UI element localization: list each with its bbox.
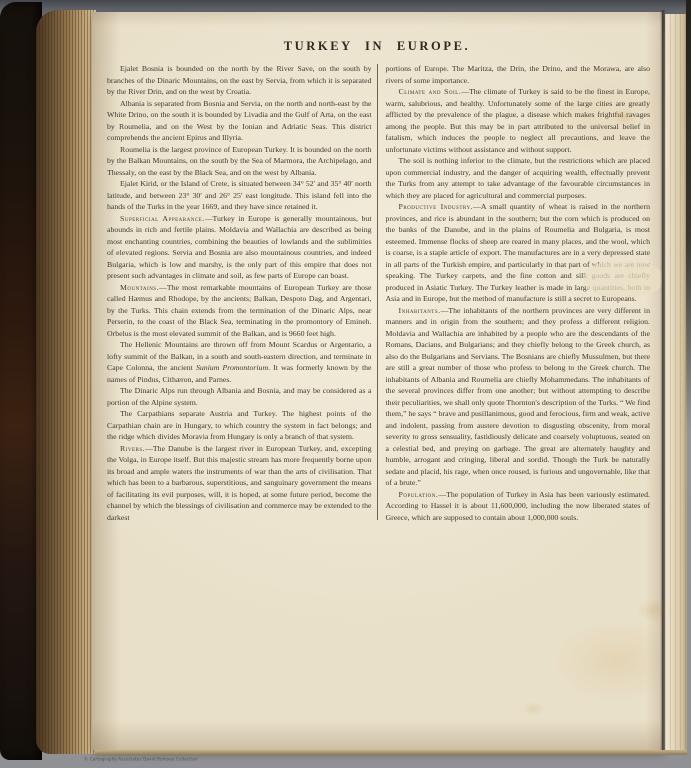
paragraph: Climate and Soil.—The climate of Turkey … (386, 86, 651, 155)
text-column-left: Ejalet Bosnia is bounded on the north by… (107, 63, 372, 523)
section-heading: Climate and Soil. (399, 87, 462, 96)
paragraph: Ejalet Kirid, or the Island of Crete, is… (107, 178, 372, 213)
paragraph: Albania is separated from Bosnia and Ser… (107, 98, 372, 144)
paragraph: Inhabitants.—The inhabitants of the nort… (386, 305, 651, 489)
paragraph: Population.—The population of Turkey in … (386, 489, 651, 524)
page-damage-smudge (584, 261, 662, 297)
paragraph: Roumelia is the largest province of Euro… (107, 144, 372, 179)
book-page: TURKEY IN EUROPE. Ejalet Bosnia is bound… (92, 12, 662, 750)
paragraph: The Hellenic Mountains are thrown off fr… (107, 339, 372, 385)
paragraph: portions of Europe. The Maritza, the Dri… (386, 63, 651, 86)
column-divider-rule (377, 64, 378, 520)
foxing-stain (522, 702, 544, 716)
page-title: TURKEY IN EUROPE. (92, 39, 662, 54)
section-heading: Superficial Appearance. (120, 214, 205, 223)
section-heading: Productive Industry. (399, 202, 474, 211)
paragraph: The Carpathians separate Austria and Tur… (107, 408, 372, 443)
paragraph: Superficial Appearance.—Turkey in Europe… (107, 213, 372, 282)
bottom-page-edge (95, 750, 687, 755)
left-page-edges (36, 10, 96, 754)
right-cover-edge (686, 0, 691, 430)
paragraph: Rivers.—The Danube is the largest river … (107, 443, 372, 524)
section-heading: Mountains. (120, 283, 159, 292)
text-columns: Ejalet Bosnia is bounded on the north by… (92, 63, 662, 523)
paragraph: The soil is nothing inferior to the clim… (386, 155, 651, 201)
section-heading: Rivers. (120, 444, 145, 453)
section-heading: Inhabitants. (399, 306, 441, 315)
opposite-page-edge (665, 14, 687, 750)
collection-watermark: © Cartography Associates David Rumsey Co… (84, 757, 198, 762)
paragraph: Ejalet Bosnia is bounded on the north by… (107, 63, 372, 98)
section-heading: Population. (399, 490, 439, 499)
photo-background: TURKEY IN EUROPE. Ejalet Bosnia is bound… (0, 0, 691, 768)
paragraph: The Dinaric Alps run through Albania and… (107, 385, 372, 408)
paragraph: Mountains.—The most remarkable mountains… (107, 282, 372, 340)
